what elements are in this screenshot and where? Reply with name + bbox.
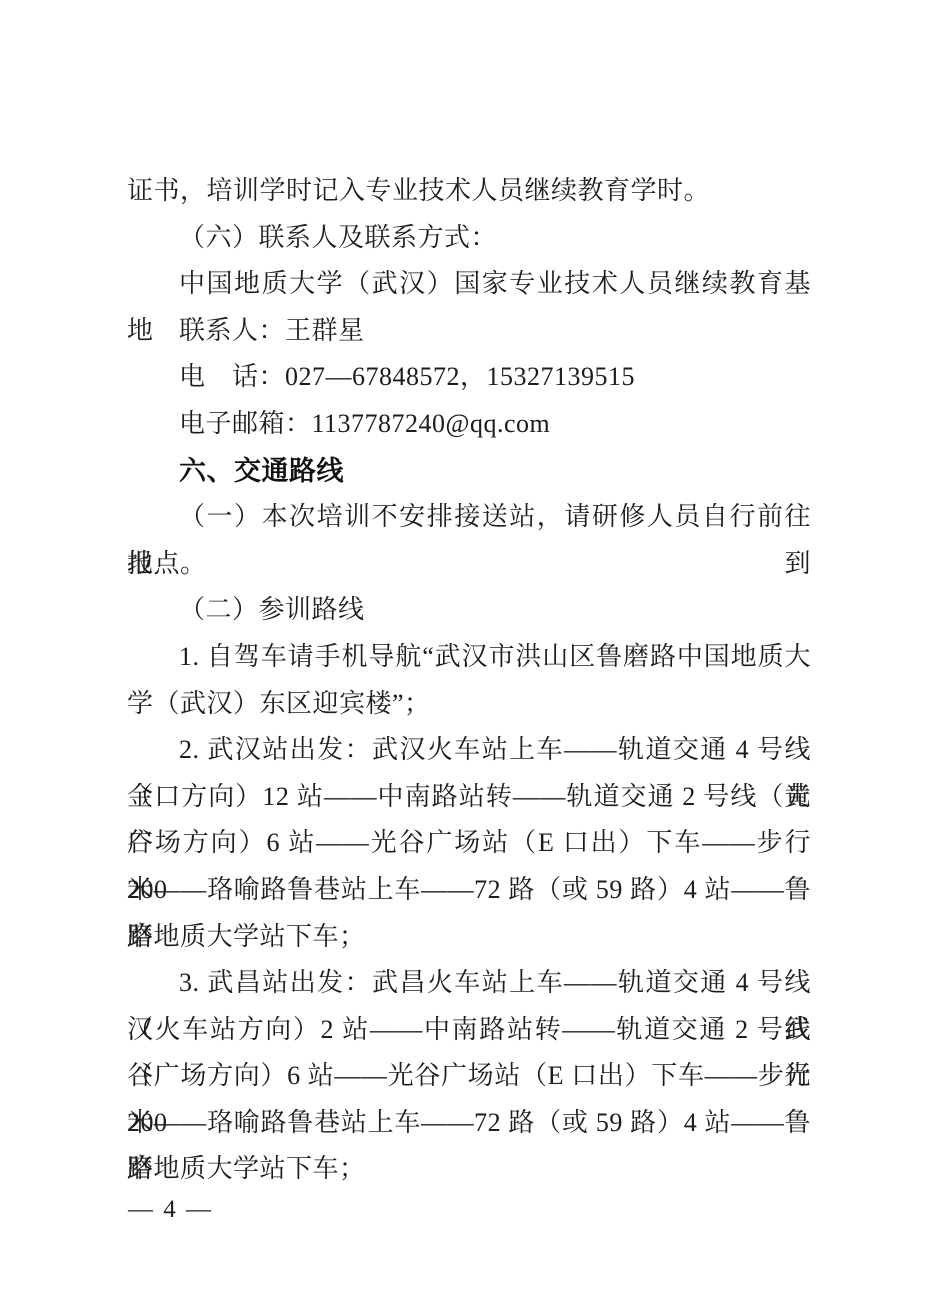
text-line: 广场方向）6 站——光谷广场站（E 口出）下车——步行 200 bbox=[127, 820, 811, 867]
phone-line: 电 话：027—67848572，15327139515 bbox=[127, 354, 811, 401]
text-line: 金口方向）12 站——中南路站转——轨道交通 2 号线（光谷 bbox=[127, 774, 811, 821]
text-line: 中国地质大学（武汉）国家专业技术人员继续教育基地 bbox=[127, 261, 811, 308]
text-line: （一）本次培训不安排接送站，请研修人员自行前往报到 bbox=[127, 494, 811, 541]
text-line: 2. 武汉站出发：武汉火车站上车——轨道交通 4 号线（黄 bbox=[127, 727, 811, 774]
text-line: 联系人：王群星 bbox=[127, 308, 811, 355]
text-line: 路地质大学站下车； bbox=[127, 914, 811, 961]
document-page: 证书，培训学时记入专业技术人员继续教育学时。 （六）联系人及联系方式： 中国地质… bbox=[0, 0, 938, 1316]
text-line: 谷广场方向）6 站——光谷广场站（E 口出）下车——步行 200 bbox=[127, 1053, 811, 1100]
text-line: 米——珞喻路鲁巷站上车——72 路（或 59 路）4 站——鲁磨 bbox=[127, 1100, 811, 1147]
text-line: 证书，培训学时记入专业技术人员继续教育学时。 bbox=[127, 168, 811, 215]
text-line: 学（武汉）东区迎宾楼”； bbox=[127, 681, 811, 728]
text-line: （六）联系人及联系方式： bbox=[127, 215, 811, 262]
section-heading: 六、交通路线 bbox=[127, 448, 811, 495]
document-body: 证书，培训学时记入专业技术人员继续教育学时。 （六）联系人及联系方式： 中国地质… bbox=[127, 168, 811, 1193]
text-line: 1. 自驾车请手机导航“武汉市洪山区鲁磨路中国地质大 bbox=[127, 634, 811, 681]
text-line: 3. 武昌站出发：武昌火车站上车——轨道交通 4 号线（武 bbox=[127, 960, 811, 1007]
text-line: 汉火车站方向）2 站——中南路站转——轨道交通 2 号线（光 bbox=[127, 1007, 811, 1054]
text-line: 米——珞喻路鲁巷站上车——72 路（或 59 路）4 站——鲁磨 bbox=[127, 867, 811, 914]
subsection-heading: （二）参训路线 bbox=[127, 587, 811, 634]
page-number: — 4 — bbox=[128, 1196, 213, 1224]
text-line: 路地质大学站下车； bbox=[127, 1146, 811, 1193]
email-line: 电子邮箱：1137787240@qq.com bbox=[127, 401, 811, 448]
